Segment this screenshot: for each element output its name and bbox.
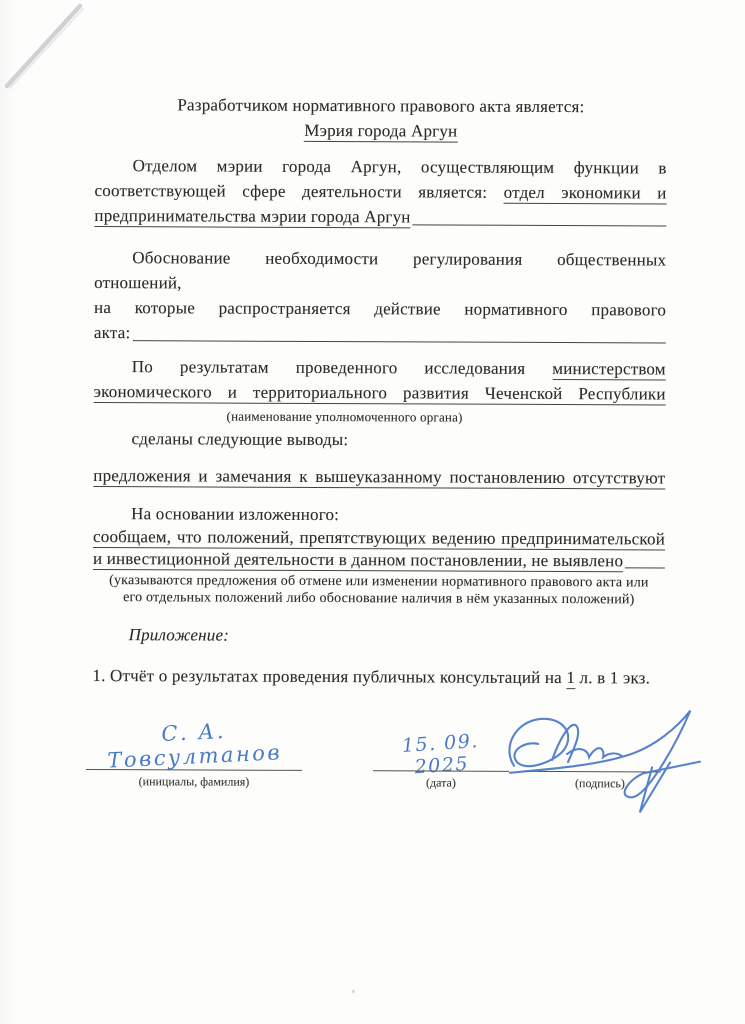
underlined-text: министерством [552, 359, 666, 380]
para-research-line: экономического и территориального развит… [94, 379, 666, 406]
underlined-text: и инвестиционной деятельности в данном п… [93, 548, 623, 572]
para-justification-line: на которые распространяется действие нор… [94, 295, 666, 322]
text-segment: По результатам проведенного исследования [132, 357, 553, 378]
underlined-text: Мэрия города Аргун [304, 121, 457, 143]
underlined-text: предложения и замечания к вышеуказанному… [93, 466, 665, 489]
line-conclusions: сделаны следующие выводы: [93, 426, 665, 453]
underlined-text: предпринимательства мэрии города Аргун [94, 203, 410, 229]
scanned-document-page: Разработчиком нормативного правового акт… [0, 0, 745, 1024]
caption-authority: (наименование уполномоченного органа) [94, 407, 666, 426]
underlined-text: и инвестиционной деятельности в данном п… [93, 549, 623, 572]
attachment-item: 1. Отчёт о результатах проведения публич… [92, 663, 664, 690]
caption-date: (дата) [373, 775, 509, 790]
para-justification-line: акта: [94, 320, 666, 347]
scan-speck [352, 990, 355, 993]
para-justification-line: Обоснование необходимости регулирования … [94, 245, 666, 297]
underlined-text: экономического и территориального развит… [94, 382, 666, 405]
handwritten-name: С. А. Товсултанов [85, 715, 303, 773]
para-research-line: По результатам проведенного исследования… [94, 354, 666, 381]
handwritten-signature [500, 704, 713, 829]
text-segment: акта: [94, 323, 131, 342]
handwritten-date: 15. 09. 2025 [372, 728, 511, 781]
paper-crease-mark [0, 0, 100, 96]
para-department-line: соответствующей сфере деятельности являе… [95, 178, 667, 205]
text-segment: 1. Отчёт о результатах проведения публич… [92, 666, 566, 687]
document-body: Разработчиком нормативного правового акт… [92, 92, 667, 866]
blank-fill-line [625, 567, 665, 568]
blank-fill-line [413, 224, 667, 226]
caption-note-line: его отдельных положений либо обоснование… [93, 589, 665, 608]
para-statement-line: и инвестиционной деятельности в данном п… [93, 548, 665, 572]
line-no-remarks: предложения и замечания к вышеуказанному… [93, 463, 665, 490]
text-segment: Отделом мэрии города Аргун, осуществляющ… [133, 156, 667, 177]
attachment-label: Приложение: [93, 622, 665, 649]
caption-initials-surname: (инициалы, фамилия) [86, 774, 302, 789]
para-statement-line: сообщаем, что положений, препятствующих … [93, 526, 665, 550]
underlined-text: отдел экономики и [504, 183, 667, 205]
heading-organization: Мэрия города Аргун [95, 117, 667, 144]
blank-fill-line [132, 340, 665, 343]
signature-block: С. А. Товсултанов (инициалы, фамилия) 15… [92, 714, 665, 866]
text-segment: на которые распространяется действие нор… [94, 298, 666, 319]
para-department-line: предпринимательства мэрии города Аргун [94, 203, 666, 230]
underlined-text: сообщаем, что положений, препятствующих … [93, 527, 665, 550]
heading-line: Разработчиком нормативного правового акт… [95, 92, 667, 119]
text-segment: акта: [94, 320, 131, 345]
text-segment: л. в 1 экз. [575, 668, 650, 687]
line-basis: На основании изложенного: [93, 501, 665, 528]
text-segment: Обоснование необходимости регулирования … [94, 248, 666, 292]
text-segment: соответствующей сфере деятельности являе… [95, 181, 504, 202]
caption-signature: (подпись) [540, 776, 660, 791]
underlined-text: предпринимательства мэрии города Аргун [94, 206, 410, 228]
underlined-text: 1 [566, 668, 575, 689]
para-department-line: Отделом мэрии города Аргун, осуществляющ… [95, 153, 667, 180]
